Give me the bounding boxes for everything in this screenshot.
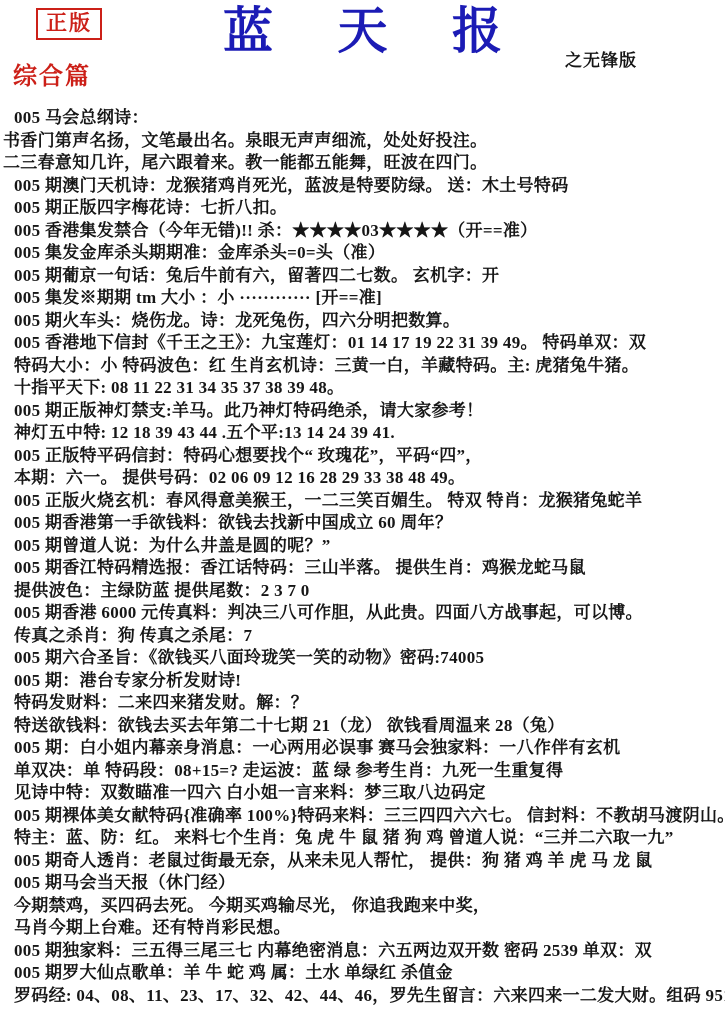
text-line: 005 正版火烧玄机：春风得意美猴王，一二三笑百媚生。 特双 特肖：龙猴猪兔蛇羊 <box>14 490 725 513</box>
text-line: 罗码经: 04、08、11、23、17、32、42、44、46，罗先生留言：六来… <box>14 985 725 1008</box>
text-line: 二三春意知几许，尾六跟着来。教一能都五能舞，旺波在四门。 <box>3 152 725 175</box>
text-line: 005 香港地下信封《千王之王》：九宝莲灯：01 14 17 19 22 31 … <box>14 332 725 355</box>
text-line: 005 集发※期期 tm 大小 ：小 ············ [开==准] <box>14 287 725 310</box>
text-line: 005 期葡京一句话：兔后牛前有六，留著四二七数。 玄机字：开 <box>14 265 725 288</box>
text-line: 005 期正版神灯禁支:羊马。此乃神灯特码绝杀，请大家参考！ <box>14 400 725 423</box>
text-line: 005 期奇人透肖：老鼠过街最无奈，从来未见人帮忙， 提供：狗 猪 鸡 羊 虎 … <box>14 850 725 873</box>
text-line: 005 期裸体美女献特码{准确率 100%}特码来料：三三四四六六七。 信封料：… <box>14 805 725 828</box>
text-line: 提供波色：主绿防蓝 提供尾数：2 3 7 0 <box>14 580 725 603</box>
text-line: 单双决：单 特码段：08+15=? 走运波：蓝 绿 参考生肖：九死一生重复得 <box>14 760 725 783</box>
text-line: 005 期马会当天报（休门经） <box>14 872 725 895</box>
text-line: 今期禁鸡，买四码去死。 今期买鸡输尽光， 你追我跑来中奖， <box>14 895 725 918</box>
text-line: 马肖今期上台难。还有特肖彩民想。 <box>14 917 725 940</box>
text-line: 005 期罗大仙点歌单：羊 牛 蛇 鸡 属：土水 单绿红 杀值金 <box>14 962 725 985</box>
text-line: 005 期澳门天机诗：龙猴猪鸡肖死光，蓝波是特要防绿。 送：木土号特码 <box>14 175 725 198</box>
text-line: 特码发财料：二来四来猪发财。解：？ <box>14 692 725 715</box>
text-line: 005 期：港台专家分析发财诗! <box>14 670 725 693</box>
text-line: 005 期香港第一手欲钱料：欲钱去找新中国成立 60 周年？ <box>14 512 725 535</box>
text-line: 特主：蓝、防：红。 来料七个生肖：兔 虎 牛 鼠 猪 狗 鸡 曾道人说：“三并二… <box>14 827 725 850</box>
text-line: 005 期独家料：三五得三尾三七 内幕绝密消息：六五两边双开数 密码 2539 … <box>14 940 725 963</box>
text-line: 书香门第声名扬，文笔最出名。泉眼无声声细流，处处好投注。 <box>3 130 725 153</box>
text-line: 神灯五中特: 12 18 39 43 44 .五个平:13 14 24 39 4… <box>14 422 725 445</box>
text-line: 005 集发金库杀头期期准：金库杀头=0=头（准） <box>14 242 725 265</box>
text-line: 见诗中特：双数瞄准一四六 白小姐一言来料：梦三取八边码定 <box>14 782 725 805</box>
text-line: 005 期香港 6000 元传真料：判决三八可作胆，从此贵。四面八方战事起，可以… <box>14 602 725 625</box>
section-heading: 综合篇 <box>13 56 91 91</box>
text-line: 特送欲钱料：欲钱去买去年第二十七期 21（龙） 欲钱看周温来 28（兔） <box>14 715 725 738</box>
text-line: 传真之杀肖：狗 传真之杀尾：7 <box>14 625 725 648</box>
text-line: 005 香港集发禁合（今年无错)!! 杀：★★★★03★★★★（开==准） <box>14 220 725 243</box>
text-line: 005 期火车头：烧伤龙。诗：龙死兔伤，四六分明把数算。 <box>14 310 725 333</box>
text-line: 005 期：白小姐内幕亲身消息：一心两用必误事 赛马会独家料：一八作伴有玄机 <box>14 737 725 760</box>
text-line: 005 期正版四字梅花诗：七折八扣。 <box>14 197 725 220</box>
text-line: 005 期曾道人说：为什么井盖是圆的呢？” <box>14 535 725 558</box>
text-line: 本期：六一。 提供号码：02 06 09 12 16 28 29 33 38 4… <box>14 467 725 490</box>
edition-label: 之无锋版 <box>565 46 637 71</box>
text-line: 特码大小：小 特码波色：红 生肖玄机诗：三黄一白，羊藏特码。主: 虎猪兔牛猪。 <box>14 355 725 378</box>
newspaper-page: 正版 蓝 天 报 之无锋版 综合篇 005 马会总纲诗：书香门第声名扬，文笔最出… <box>0 0 725 1027</box>
text-line: 005 正版特平码信封：特码心想要找个“ 玫瑰花”，平码“四”， <box>14 445 725 468</box>
text-line: 005 期六合圣旨：《欲钱买八面玲珑笑一笑的动物》密码:74005 <box>14 647 725 670</box>
text-line: 005 期香江特码精选报：香江话特码：三山半落。 提供生肖：鸡猴龙蛇马鼠 <box>14 557 725 580</box>
text-line: 十指平天下: 08 11 22 31 34 35 37 38 39 48。 <box>14 377 725 400</box>
text-line: 005 马会总纲诗： <box>14 107 725 130</box>
body-text-block: 005 马会总纲诗：书香门第声名扬，文笔最出名。泉眼无声声细流，处处好投注。二三… <box>14 107 725 1007</box>
